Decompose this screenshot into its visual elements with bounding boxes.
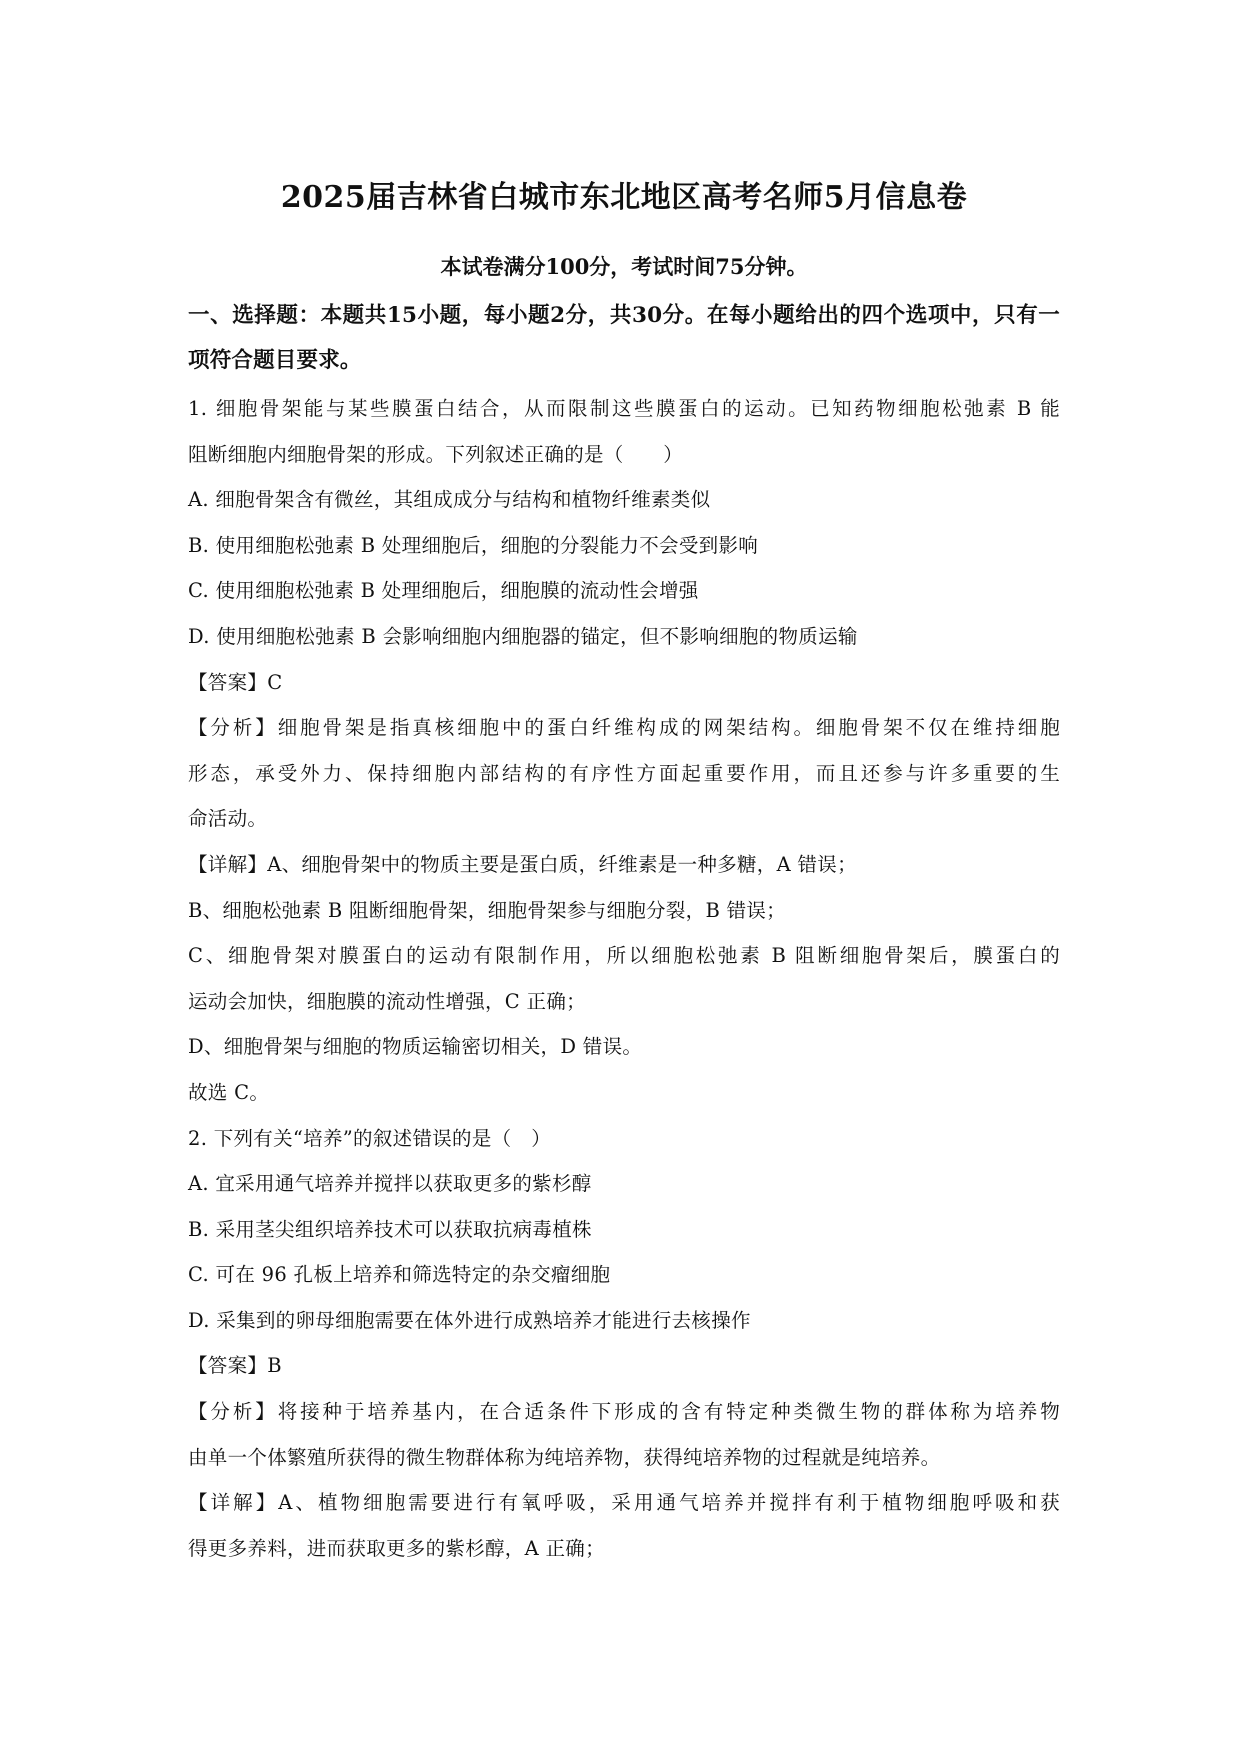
q1-answer: 【答案】C [188, 660, 1060, 706]
q2-detail-a-line-1: 【详解】A、植物细胞需要进行有氧呼吸，采用通气培养并搅拌有利于植物细胞呼吸和获 [188, 1480, 1060, 1526]
q1-stem-line-2: 阻断细胞内细胞骨架的形成。下列叙述正确的是（ ） [188, 432, 1060, 478]
q2-stem: 2. 下列有关“培养”的叙述错误的是（ ） [188, 1116, 1060, 1162]
q2-option-c: C. 可在 96 孔板上培养和筛选特定的杂交瘤细胞 [188, 1252, 1060, 1298]
q1-option-b: B. 使用细胞松弛素 B 处理细胞后，细胞的分裂能力不会受到影响 [188, 523, 1060, 569]
q1-analysis-line-3: 命活动。 [188, 796, 1060, 842]
q2-option-d: D. 采集到的卵母细胞需要在体外进行成熟培养才能进行去核操作 [188, 1298, 1060, 1344]
q2-option-b: B. 采用茎尖组织培养技术可以获取抗病毒植株 [188, 1207, 1060, 1253]
q1-detail-a: 【详解】A、细胞骨架中的物质主要是蛋白质，纤维素是一种多糖，A 错误； [188, 842, 1060, 888]
q1-analysis-line-2: 形态，承受外力、保持细胞内部结构的有序性方面起重要作用，而且还参与许多重要的生 [188, 751, 1060, 797]
q1-conclusion: 故选 C。 [188, 1070, 1060, 1116]
document-title: 2025届吉林省白城市东北地区高考名师5月信息卷 [188, 178, 1060, 218]
q2-analysis-line-1: 【分析】将接种于培养基内，在合适条件下形成的含有特定种类微生物的群体称为培养物 [188, 1389, 1060, 1435]
q1-option-c: C. 使用细胞松弛素 B 处理细胞后，细胞膜的流动性会增强 [188, 568, 1060, 614]
q1-option-d: D. 使用细胞松弛素 B 会影响细胞内细胞器的锚定，但不影响细胞的物质运输 [188, 614, 1060, 660]
q1-option-a: A. 细胞骨架含有微丝，其组成成分与结构和植物纤维素类似 [188, 477, 1060, 523]
q1-detail-c-line-1: C、细胞骨架对膜蛋白的运动有限制作用，所以细胞松弛素 B 阻断细胞骨架后，膜蛋白… [188, 933, 1060, 979]
q1-detail-c-line-2: 运动会加快，细胞膜的流动性增强，C 正确； [188, 979, 1060, 1025]
q1-analysis-line-1: 【分析】细胞骨架是指真核细胞中的蛋白纤维构成的网架结构。细胞骨架不仅在维持细胞 [188, 705, 1060, 751]
q1-stem-line-1: 1. 细胞骨架能与某些膜蛋白结合，从而限制这些膜蛋白的运动。已知药物细胞松弛素 … [188, 386, 1060, 432]
q1-detail-b: B、细胞松弛素 B 阻断细胞骨架，细胞骨架参与细胞分裂，B 错误； [188, 888, 1060, 934]
q1-detail-d: D、细胞骨架与细胞的物质运输密切相关，D 错误。 [188, 1024, 1060, 1070]
q2-option-a: A. 宜采用通气培养并搅拌以获取更多的紫杉醇 [188, 1161, 1060, 1207]
exam-info: 本试卷满分100分，考试时间75分钟。 [188, 252, 1060, 282]
section-heading: 一、选择题：本题共15小题，每小题2分，共30分。在每小题给出的四个选项中，只有… [188, 293, 1060, 383]
q2-detail-a-line-2: 得更多养料，进而获取更多的紫杉醇，A 正确； [188, 1526, 1060, 1572]
q2-analysis-line-2: 由单一个体繁殖所获得的微生物群体称为纯培养物，获得纯培养物的过程就是纯培养。 [188, 1435, 1060, 1481]
q2-answer: 【答案】B [188, 1343, 1060, 1389]
document-body: 1. 细胞骨架能与某些膜蛋白结合，从而限制这些膜蛋白的运动。已知药物细胞松弛素 … [188, 386, 1060, 1571]
